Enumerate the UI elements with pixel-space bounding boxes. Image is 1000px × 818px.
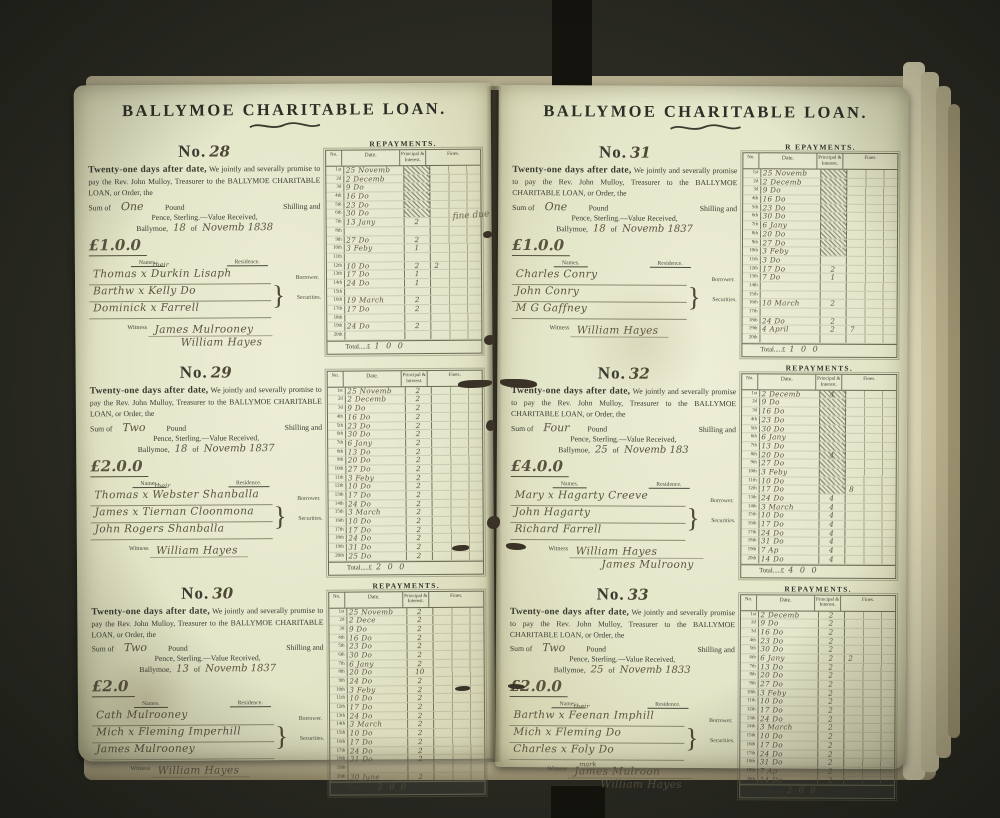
row-principal xyxy=(821,178,847,186)
row-date: 20 Do xyxy=(346,456,406,464)
row-fine xyxy=(845,495,896,503)
row-principal xyxy=(820,399,846,407)
row-date: 17 Do xyxy=(759,520,819,528)
witness-signature: William Hayes xyxy=(152,765,250,779)
row-fine xyxy=(430,192,481,200)
names-header: Names. Residence. xyxy=(511,481,736,489)
row-principal: 2 xyxy=(818,672,844,680)
total-row: Total.....£ 1 0 0 xyxy=(327,339,481,353)
row-principal: 2 xyxy=(406,500,432,508)
row-ordinal: 1st xyxy=(328,387,346,395)
sum-word: One xyxy=(545,200,579,213)
row-fine xyxy=(433,677,484,685)
row-date: 13 Jany xyxy=(344,218,404,226)
row-fine xyxy=(844,672,895,680)
borrower-label: Borrower. xyxy=(709,718,732,724)
ink-blot xyxy=(455,686,470,691)
row-principal: 2 xyxy=(406,491,432,499)
row-fine xyxy=(845,512,896,520)
row-fine xyxy=(846,291,897,299)
row-fine xyxy=(844,698,895,706)
row-fine xyxy=(844,646,895,654)
row-fine xyxy=(846,257,897,265)
row-principal: 2 xyxy=(406,482,432,490)
row-fine xyxy=(844,776,895,784)
row-date: 17 Do xyxy=(347,703,407,711)
signature-line: James x Tiernan Cloonmona xyxy=(91,505,273,523)
witness-signature: William Hayes xyxy=(571,324,669,338)
signature-line: James Mulrooney xyxy=(92,742,274,760)
row-ordinal: 12th xyxy=(743,265,761,273)
row-fine xyxy=(844,681,895,689)
row-fine xyxy=(847,187,898,195)
row-ordinal: 20th xyxy=(742,334,760,342)
row-principal xyxy=(404,201,430,209)
row-fine xyxy=(847,213,898,221)
witness-line: Witness William Hayes xyxy=(130,764,324,778)
photo-background: { "book": { "printed": { "opening": "Twe… xyxy=(0,0,1000,818)
row-date xyxy=(345,314,405,322)
row-principal: 2 xyxy=(818,663,844,671)
row-ordinal: 13th xyxy=(327,271,345,279)
securities-brace: } xyxy=(275,723,288,750)
row-fine xyxy=(847,170,898,178)
row-principal: 2 xyxy=(818,681,844,689)
row-fine xyxy=(844,637,895,645)
table-row: 20th 14 Do 4 xyxy=(741,555,895,564)
sum-word: Two xyxy=(124,641,158,654)
row-fine xyxy=(431,305,482,313)
row-ordinal: 4th xyxy=(742,416,760,424)
row-ordinal: 4th xyxy=(329,634,347,642)
row-principal: 2 xyxy=(405,404,431,412)
row-ordinal: 4th xyxy=(326,193,344,201)
row-principal: 2 xyxy=(818,776,844,784)
row-principal xyxy=(405,314,431,322)
securities-brace: } xyxy=(272,282,285,309)
row-date: 24 Do xyxy=(347,677,407,685)
total-label: Total.....£ xyxy=(759,567,784,574)
row-principal xyxy=(820,416,846,424)
row-ordinal: 20th xyxy=(330,773,348,781)
table-header: No. Date. Principal & Interest. Fines. xyxy=(329,591,483,608)
entry-number-label: No. xyxy=(598,363,626,382)
row-fine xyxy=(846,248,897,256)
row-ordinal: 10th xyxy=(328,466,346,474)
row-principal: 2 xyxy=(408,729,434,737)
row-ordinal: 2d xyxy=(743,178,761,186)
entry-number-label: No. xyxy=(597,584,625,603)
signature-line: Cath Mulrooney xyxy=(92,708,274,726)
row-date: 9 Do xyxy=(345,404,405,412)
row-principal xyxy=(819,460,845,468)
securities-brace: } xyxy=(685,725,698,752)
row-fine xyxy=(433,694,484,702)
row-fine xyxy=(845,547,896,555)
row-date xyxy=(344,253,404,261)
row-fine xyxy=(434,720,485,728)
row-ordinal: 12th xyxy=(742,486,760,494)
promissory-text: Twenty-one days after date, We jointly a… xyxy=(511,385,736,421)
row-fine xyxy=(432,551,483,559)
row-ordinal: 9th xyxy=(741,680,759,688)
loan-amount: £2.0 xyxy=(92,677,135,697)
ink-blot xyxy=(452,545,469,551)
row-principal: 2 xyxy=(408,712,434,720)
row-principal xyxy=(821,204,847,212)
row-fine xyxy=(847,196,898,204)
row-principal: 2 xyxy=(818,620,844,628)
row-fine xyxy=(434,729,485,737)
row-ordinal: 7th xyxy=(330,660,348,668)
loan-amount: £2.0.0 xyxy=(90,457,148,477)
row-principal: 4 xyxy=(819,495,845,503)
promissory-text: Twenty-one days after date, We jointly a… xyxy=(512,164,737,200)
loan-entry: No.32 Twenty-one days after date, We joi… xyxy=(510,362,897,579)
row-ordinal: 1st xyxy=(743,169,761,177)
row-fine xyxy=(432,499,483,507)
row-date: 31 Do xyxy=(346,543,406,551)
page-left: BALLYMOE CHARITABLE LOAN. No.28 Twenty-o… xyxy=(74,83,496,762)
row-date: 30 Do xyxy=(344,210,404,218)
row-ordinal: 10th xyxy=(743,247,761,255)
row-ordinal: 7th xyxy=(327,219,345,227)
row-ordinal: 15th xyxy=(742,512,760,520)
row-ordinal: 8th xyxy=(327,227,345,235)
row-fine xyxy=(845,503,896,511)
row-principal: 2 xyxy=(407,660,433,668)
row-principal: 2 xyxy=(407,616,433,624)
row-fine xyxy=(430,244,481,252)
mark-annotation-bottom: mark xyxy=(579,761,596,769)
row-ordinal: 1st xyxy=(741,611,759,619)
entry-number: No.29 xyxy=(90,361,322,383)
row-fine xyxy=(434,746,485,754)
row-ordinal: 3d xyxy=(329,625,347,633)
row-ordinal: 16th xyxy=(741,520,759,528)
page-title: BALLYMOE CHARITABLE LOAN. xyxy=(88,99,481,122)
row-principal xyxy=(404,175,430,183)
witness-signature: James Mulrooney xyxy=(149,323,273,337)
row-principal xyxy=(408,764,434,772)
row-ordinal: 3d xyxy=(742,407,760,415)
row-date: 3 Feby xyxy=(759,468,819,476)
row-principal: 4 xyxy=(819,547,845,555)
row-principal: 2 xyxy=(406,517,432,525)
row-fine xyxy=(430,235,481,243)
row-ordinal: 10th xyxy=(327,245,345,253)
securities-label: Securities. xyxy=(712,297,736,303)
row-principal: 4 xyxy=(819,512,845,520)
row-ordinal: 9th xyxy=(742,459,760,467)
row-ordinal: 1st xyxy=(742,390,760,398)
date-month-year: Novemb 1837 xyxy=(622,223,693,234)
securities-brace: } xyxy=(686,505,699,532)
row-fine xyxy=(431,279,482,287)
row-principal: 2 xyxy=(818,611,844,619)
row-principal xyxy=(820,335,846,343)
row-ordinal: 4th xyxy=(328,413,346,421)
witness-label: Witness xyxy=(130,765,150,772)
row-date: 3 Feby xyxy=(346,474,406,482)
row-date: 13 Do xyxy=(759,442,819,450)
signature-text: Cath Mulrooney xyxy=(92,709,188,722)
row-ordinal: 20th xyxy=(740,776,758,784)
row-date: 24 Do xyxy=(348,712,408,720)
signature-line: Charles Conry xyxy=(512,268,687,286)
row-principal: 4 xyxy=(819,529,845,537)
row-principal: 2 xyxy=(405,387,431,395)
row-principal xyxy=(820,309,846,317)
row-date: 23 Do xyxy=(346,422,406,430)
row-date xyxy=(348,764,408,772)
row-date: 16 Do xyxy=(344,192,404,200)
row-principal: 2 xyxy=(820,326,846,334)
row-fine xyxy=(430,200,481,208)
loan-entry: No.28 Twenty-one days after date, We joi… xyxy=(88,139,482,356)
row-date: 3 March xyxy=(346,509,406,517)
row-ordinal: 2d xyxy=(328,396,346,404)
names-header: Names. Residence. xyxy=(512,260,737,268)
row-date: 7 Do xyxy=(760,274,820,282)
row-ordinal: 17th xyxy=(741,529,759,537)
row-date: 3 Feby xyxy=(347,686,407,694)
row-date: 17 Do xyxy=(758,706,818,714)
securities-label: Securities. xyxy=(300,736,324,742)
row-fine xyxy=(845,556,896,564)
row-ordinal: 18th xyxy=(743,317,761,325)
row-fine xyxy=(432,456,483,464)
row-principal: 4 xyxy=(819,538,845,546)
row-principal: 2 xyxy=(406,534,432,542)
row-principal: 2 xyxy=(405,296,431,304)
total-row: Total.....£ 4 0 0 xyxy=(741,564,895,578)
row-ordinal: 6th xyxy=(743,213,761,221)
row-principal xyxy=(821,222,847,230)
row-date: 24 Do xyxy=(346,500,406,508)
total-value: 4 0 0 xyxy=(788,565,818,574)
row-fine xyxy=(431,296,482,304)
table-header: No. Date. Principal & Interest. Fines. xyxy=(742,374,896,391)
total-label: Total.....£ xyxy=(760,346,785,353)
row-principal: 2 xyxy=(406,448,432,456)
row-fine: 8 xyxy=(845,486,896,494)
row-principal: 2 xyxy=(818,707,844,715)
row-principal: 2 xyxy=(405,413,431,421)
row-ordinal: 18th xyxy=(330,756,348,764)
row-date: 24 Do xyxy=(345,323,405,331)
row-fine xyxy=(432,438,483,446)
row-principal: 2 xyxy=(406,552,432,560)
row-date: 13 Do xyxy=(346,448,406,456)
row-ordinal: 12th xyxy=(327,262,345,270)
row-fine xyxy=(434,737,485,745)
witness-signature: William Hayes xyxy=(594,779,692,792)
date-month-year: Novemb 1837 xyxy=(204,443,275,454)
entry-number-value: 30 xyxy=(212,584,233,602)
row-principal: 2 xyxy=(818,628,844,636)
row-principal: 4 xyxy=(819,451,845,459)
row-fine xyxy=(430,183,481,191)
row-date: 14 Do xyxy=(758,776,818,784)
repayments-table: No. Date. Principal & Interest. Fines. 1… xyxy=(741,152,898,358)
row-fine xyxy=(846,274,897,282)
row-principal xyxy=(821,187,847,195)
names-block: their Thomas x Webster ShanballaJames x … xyxy=(90,487,322,540)
row-ordinal: 11th xyxy=(742,477,760,485)
entries-right: No.31 Twenty-one days after date, We joi… xyxy=(509,141,898,805)
row-principal xyxy=(819,486,845,494)
row-principal: 2 xyxy=(404,262,430,270)
row-principal xyxy=(405,288,431,296)
row-ordinal: 14th xyxy=(327,280,345,288)
row-ordinal: 17th xyxy=(330,747,348,755)
names-block: their Thomas x Durkin LisaphBarthw x Kel… xyxy=(89,267,321,320)
row-date: 16 Do xyxy=(758,628,818,636)
signature-text: Thomas x Durkin Lisaph xyxy=(89,267,232,280)
row-ordinal: 5th xyxy=(742,425,760,433)
row-fine xyxy=(845,521,896,529)
entry-number-value: 28 xyxy=(209,142,230,160)
entry-number-value: 33 xyxy=(628,585,649,603)
row-fine xyxy=(844,629,895,637)
signature-line: John Conry xyxy=(512,285,687,303)
row-date: 10 Do xyxy=(348,729,408,737)
row-fine xyxy=(432,430,483,438)
total-row: Total.....£ 2 0 0 xyxy=(329,560,483,574)
row-ordinal: 20th xyxy=(741,555,759,563)
row-ordinal: 8th xyxy=(741,672,759,680)
row-fine xyxy=(845,460,896,468)
row-ordinal: 2d xyxy=(329,617,347,625)
signature-line: Thomas x Durkin Lisaph xyxy=(89,267,271,285)
row-fine xyxy=(844,724,895,732)
sum-word: Two xyxy=(542,642,576,655)
row-principal: 2 xyxy=(818,715,844,723)
witness-label: Witness xyxy=(129,545,149,552)
row-fine xyxy=(434,772,485,780)
row-fine xyxy=(844,768,895,776)
row-ordinal: 7th xyxy=(328,439,346,447)
borrower-label: Borrower. xyxy=(711,277,734,283)
row-ordinal: 10th xyxy=(741,689,759,697)
ink-blot xyxy=(484,335,495,345)
date-day: 13 xyxy=(176,664,189,675)
promissory-text: Twenty-one days after date, We jointly a… xyxy=(510,605,735,641)
row-principal: 1 xyxy=(405,279,431,287)
row-ordinal: 11th xyxy=(743,256,761,264)
witness-signature: William Hayes xyxy=(150,544,248,558)
names-block: Cath MulrooneyMich x Fleming ImperhillJa… xyxy=(92,708,324,761)
row-principal xyxy=(820,256,846,264)
row-fine xyxy=(431,313,482,321)
row-fine xyxy=(430,270,481,278)
row-fine xyxy=(844,689,895,697)
entry-number: No.32 xyxy=(511,363,736,384)
row-principal: 4 xyxy=(819,503,845,511)
row-date: 2 Decemb xyxy=(345,396,405,404)
row-principal: 2 xyxy=(407,642,433,650)
date-day: 18 xyxy=(593,223,606,234)
row-fine xyxy=(430,253,481,261)
row-date: 10 March xyxy=(760,300,820,308)
date-month-year: Novemb 183 xyxy=(624,444,689,455)
row-date: 23 Do xyxy=(760,416,820,424)
ink-blot xyxy=(486,420,495,431)
row-date: 25 Do xyxy=(346,552,406,560)
row-ordinal: 14th xyxy=(743,282,761,290)
loan-amount: £4.0.0 xyxy=(511,457,569,477)
row-date: 9 Do xyxy=(347,625,407,633)
row-date: 2 Decemb xyxy=(344,175,404,183)
row-ordinal: 16th xyxy=(743,300,761,308)
row-date xyxy=(345,288,405,296)
repayments-table: No. Date. Principal & Interest. Fines. 1… xyxy=(740,373,897,579)
header-flourish-icon xyxy=(247,121,321,132)
row-ordinal: 2d xyxy=(326,175,344,183)
row-fine xyxy=(433,651,484,659)
row-fine xyxy=(432,473,483,481)
row-date: 20 Do xyxy=(347,668,407,676)
row-ordinal: 13th xyxy=(742,494,760,502)
total-value: 2 0 0 xyxy=(787,786,817,795)
entry-number-value: 29 xyxy=(211,363,232,381)
entry-number-label: No. xyxy=(599,142,627,161)
row-principal: 2 xyxy=(405,322,431,330)
row-fine xyxy=(847,178,898,186)
date-day: 18 xyxy=(175,443,188,454)
row-fine xyxy=(432,517,483,525)
entry-number: No.33 xyxy=(510,583,735,604)
row-date: 24 Do xyxy=(346,535,406,543)
row-principal: 2 xyxy=(407,634,433,642)
row-date: 16 Do xyxy=(760,407,820,415)
row-principal xyxy=(404,253,430,261)
row-principal: 2 xyxy=(404,218,430,226)
row-principal xyxy=(821,170,847,178)
sum-word: Four xyxy=(543,421,577,434)
row-ordinal: 9th xyxy=(327,236,345,244)
row-date: 3 Feby xyxy=(760,247,820,255)
row-ordinal: 12th xyxy=(740,706,758,714)
row-date: 16 Do xyxy=(761,195,821,203)
loan-entry: No.30 Twenty-one days after date, We joi… xyxy=(91,580,485,797)
table-header: No. Date. Principal & Interest. Fines. xyxy=(741,595,895,612)
promissory-text: Twenty-one days after date, We jointly a… xyxy=(88,163,320,199)
securities-label: Securities. xyxy=(710,738,734,744)
row-fine xyxy=(844,733,895,741)
row-date: 16 Do xyxy=(347,634,407,642)
row-ordinal: 19th xyxy=(330,764,348,772)
signature-line: Thomas x Webster Shanballa xyxy=(90,488,272,506)
row-principal: 2 xyxy=(407,625,433,633)
signature-text: Thomas x Webster Shanballa xyxy=(90,488,259,501)
row-date: 25 Novemb xyxy=(344,166,404,174)
row-principal xyxy=(820,291,846,299)
witness-line: Witness William HayesJames Mulroony xyxy=(548,545,735,571)
row-fine: 2 xyxy=(430,261,481,269)
row-date xyxy=(344,227,404,235)
row-principal: 2 xyxy=(408,720,434,728)
row-principal: 2 xyxy=(818,724,844,732)
row-ordinal: 17th xyxy=(740,750,758,758)
row-date: 27 Do xyxy=(759,460,819,468)
row-principal: 4 xyxy=(820,390,846,398)
witness-label: Witness xyxy=(548,545,568,552)
row-fine xyxy=(845,425,896,433)
row-fine xyxy=(846,309,897,317)
names-block: their Barthw x Feenan ImphillMich x Flem… xyxy=(509,709,734,761)
